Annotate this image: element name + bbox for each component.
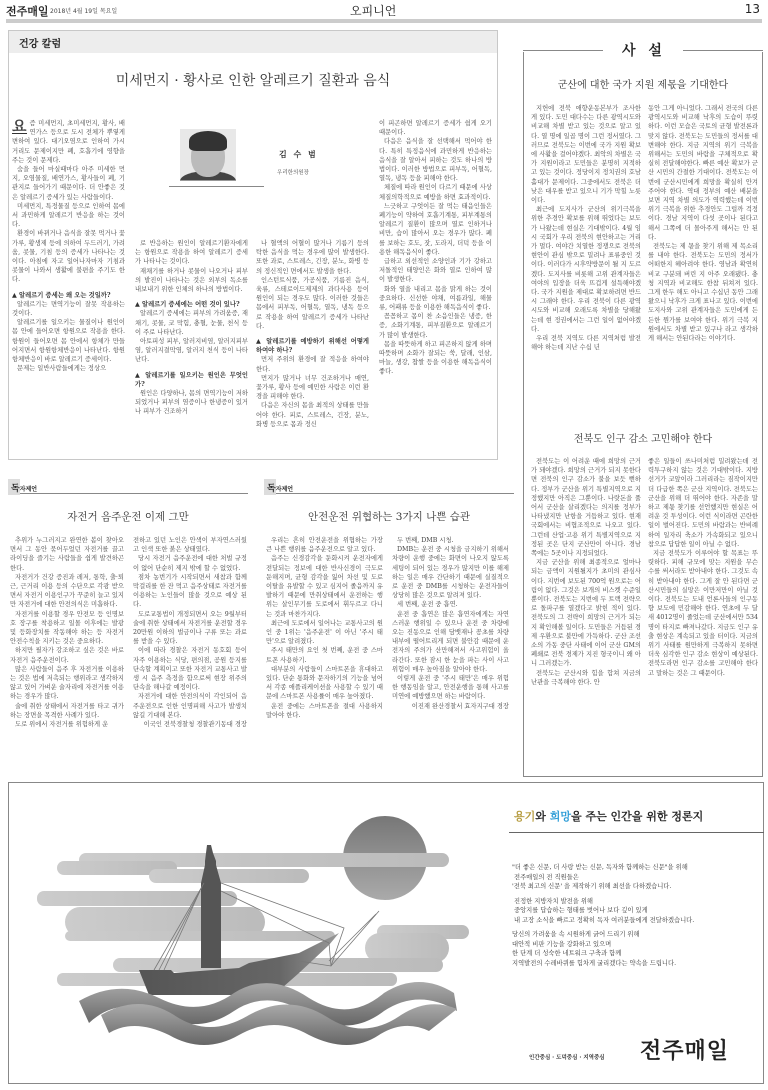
- article-column-4: 이 피곤하면 알레르기 증세가 쉽게 오기 때문이다. 다음은 음식을 잘 선택…: [379, 119, 492, 449]
- article-title: 미세먼지 · 황사로 인한 알레르기 질환과 음식: [9, 70, 497, 90]
- header-divider: [6, 19, 762, 23]
- author-divider: [169, 186, 264, 187]
- advert-paragraph-3: 당신의 가려움을 속 시원하게 긁어 드리기 위해 대안적 비판 기능을 강화하…: [512, 930, 694, 968]
- article-column-3: 나 혈액의 어혈이 많거나 기름기 등의 탁한 음식을 먹는 경우에 많이 발생…: [256, 239, 369, 449]
- editorial-2-column-2: 좋은 일들이 쓰나미처럼 밀려왔는데 전력투구하지 않는 것은 기대밖이다. 지…: [648, 457, 758, 770]
- page-header: 전주매일 2018년 4월 19일 목요일 오피니언 13: [0, 0, 768, 22]
- advert-motto: 인간중심 · 도덕중심 · 지역중심: [529, 1053, 605, 1061]
- label-rule-right: [683, 50, 763, 51]
- newspaper-logo: 전주매일: [640, 1034, 729, 1065]
- reader-label-initial: 독: [8, 479, 20, 495]
- wave-front: [101, 1004, 457, 1045]
- editorial-label-wrap: 사 설: [520, 40, 768, 60]
- advert-body: "더 좋은 신문, 더 사랑 받는 신문, 독자와 함께하는 신문"을 위해 전…: [512, 863, 694, 973]
- editorial-1-column-1: 지헌에 전북 애향운동본부가 조사한 게 있다. 도민 대다수는 다른 광역시도…: [531, 104, 641, 414]
- author-signature: 이국인 전북경찰청 경찰관기동대 경장: [133, 720, 247, 729]
- author-photo: [180, 129, 236, 181]
- article-column-1: 요즘 미세먼지, 초미세먼지, 황사, 배연가스 등으로 도시 전체가 뿌옇게 …: [12, 119, 125, 449]
- reader-section-bar-1: 독자제언: [8, 476, 248, 494]
- column-category: 건강 칼럼: [9, 31, 497, 53]
- article-column-2: 로 반응하는 원인이 알레르기환자에게는 항원으로 작용을 하여 알레르기 증세…: [135, 239, 248, 449]
- editorial-2-column-1: 전북도는 이 어려운 때에 희망의 근거가 돼야겠다. 희망의 근거가 되지 못…: [531, 457, 641, 770]
- subheading: ▲ 알레르기를 예방하기 위해선 어떻게 하여야 하나?: [256, 337, 369, 355]
- dropcap: 요: [12, 119, 27, 134]
- reader-article-title-1: 자전거 음주운전 이제 그만: [8, 509, 248, 524]
- reader-2-column-2: 두 번째, DMB 시청. DMB는 운전 중 시청을 금지하기 위해서 차량이…: [392, 536, 509, 772]
- issue-date: 2018년 4월 19일 목요일: [50, 6, 117, 15]
- advert-paragraph-1: "더 좋은 신문, 더 사랑 받는 신문, 독자와 함께하는 신문"을 위해 전…: [512, 863, 694, 892]
- author-title: 우리한의원장: [277, 168, 309, 176]
- reader-label-rest: 자제언: [276, 486, 293, 493]
- subheading: ▲ 알레르기 증세에는 어떤 것이 있나?: [135, 300, 248, 309]
- advert-slogan: 용기와 희망을 주는 인간을 위한 정론지: [514, 808, 703, 824]
- reader-label-rest: 자제언: [20, 486, 37, 493]
- advert-divider: [509, 832, 764, 833]
- page-number: 13: [745, 2, 760, 16]
- author-name: 김 수 범: [279, 149, 318, 160]
- reader-2-column-1: 우리는 흔히 안전운전을 위협하는 가장 큰 나쁜 행위를 음주운전으로 알고 …: [266, 536, 383, 772]
- reader-label-initial: 독: [264, 479, 276, 495]
- author-signature: 이진재 완산경찰서 효자지구대 경장: [392, 702, 509, 711]
- reader-1-column-2: 전하고 있던 노인은 안색이 부자연스러웠고 인색 또한 붉은 상태였다. 당시…: [133, 536, 247, 772]
- editorial-title-1: 군산에 대한 국가 지원 제몫을 기대한다: [523, 76, 763, 91]
- editorial-title-2: 전북도 인구 감소 고민해야 한다: [523, 430, 763, 445]
- reader-section-bar-2: 독자제언: [264, 476, 514, 494]
- health-column-article: 건강 칼럼 미세먼지 · 황사로 인한 알레르기 질환과 음식 요즘 미세먼지,…: [8, 30, 498, 460]
- reader-article-title-2: 안전운전 위협하는 3가지 나쁜 습관: [264, 509, 514, 524]
- newspaper-advert: 용기와 희망을 주는 인간을 위한 정론지 "더 좋은 신문, 더 사랑 받는 …: [8, 782, 764, 1084]
- pen-ship-illustration: [9, 783, 489, 1083]
- subheading: ▲ 알레르기 증세는 왜 오는 것일까?: [12, 291, 125, 300]
- section-title: 오피니언: [350, 2, 396, 19]
- advert-paragraph-2: 진정한 지방자치 발전을 위해 중앙지를 답습하는 형태를 벗어나 보다 깊이 …: [512, 897, 694, 926]
- reader-1-column-1: 추위가 누그러지고 완연한 봄이 찾아오면서 그 동안 묶어두었던 자전거를 끌…: [10, 536, 124, 772]
- label-rule-left: [523, 50, 603, 51]
- newspaper-name: 전주매일: [6, 3, 49, 19]
- editorial-label: 사 설: [614, 40, 674, 60]
- subheading: ▲ 알레르기를 일으키는 원인은 무엇인가?: [135, 371, 248, 389]
- editorial-1-column-2: 동안 그게 아니었다. 그래서 전국의 다른 광역시도와 비교해 낙후의 도습이…: [648, 104, 758, 414]
